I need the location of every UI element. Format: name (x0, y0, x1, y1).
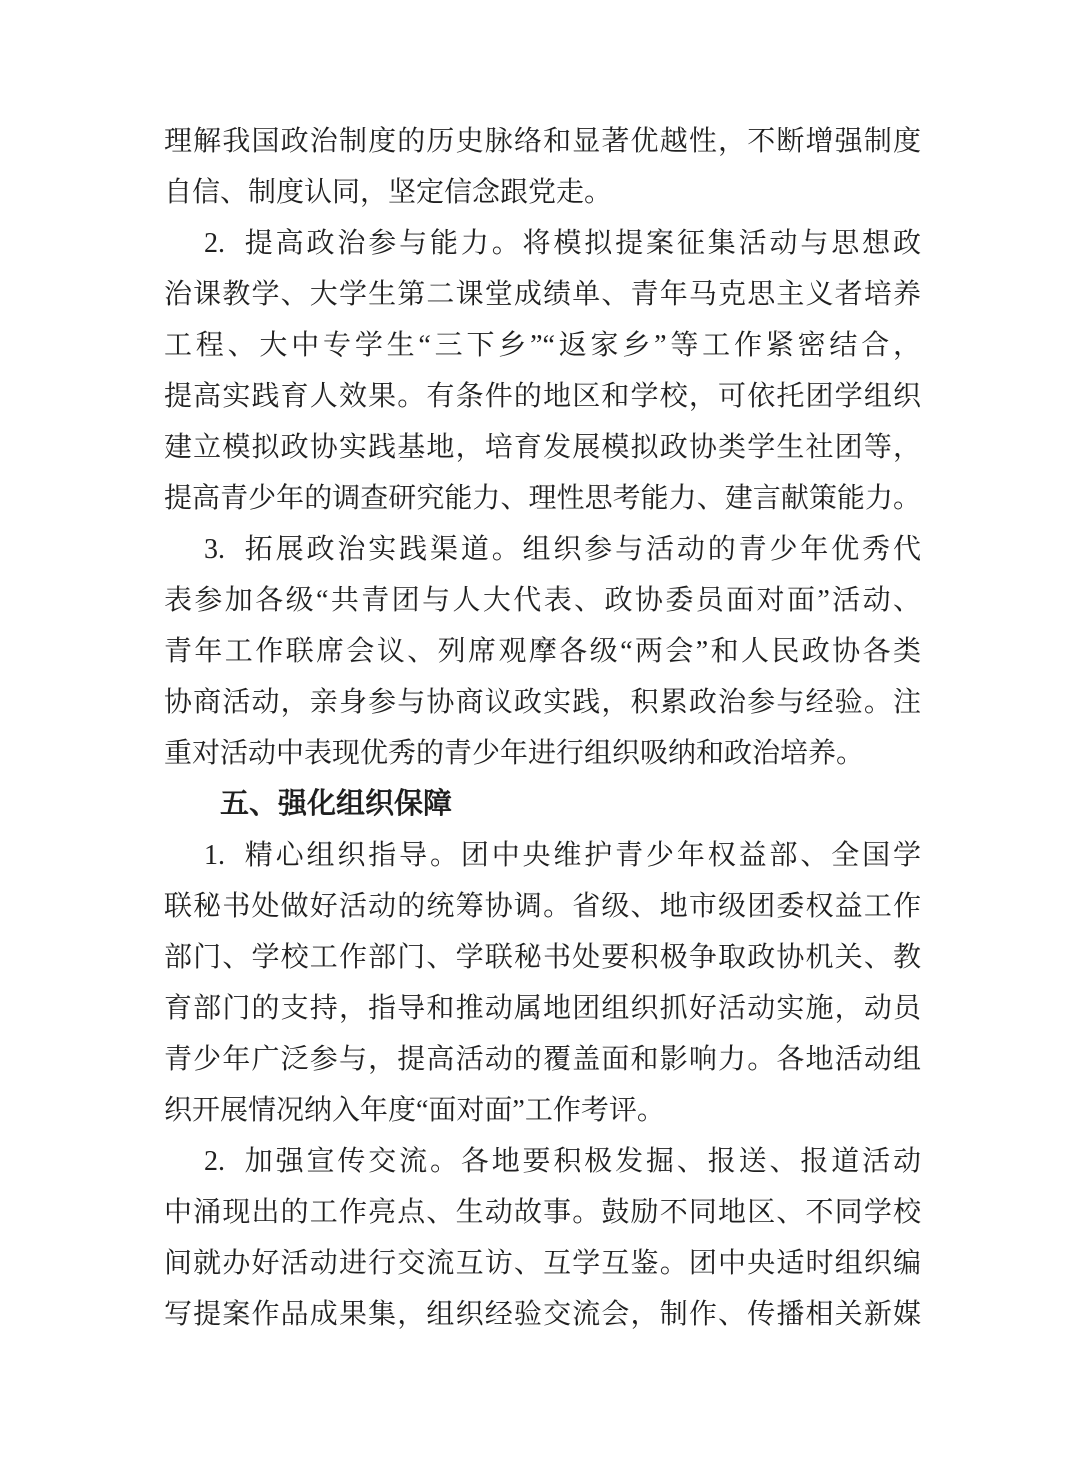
paragraph: 3. 拓展政治实践渠道。组织参与活动的青少年优秀代 表参加各级“共青团与人大代表… (164, 524, 921, 779)
text-line: 1. 精心组织指导。团中央维护青少年权益部、全国学 (164, 830, 921, 881)
document-page: 理解我国政治制度的历史脉络和显著优越性，不断增强制度 自信、制度认同，坚定信念跟… (0, 0, 1080, 1475)
text-line: 部门、学校工作部门、学联秘书处要积极争取政协机关、教 (164, 932, 921, 983)
text-line: 治课教学、大学生第二课堂成绩单、青年马克思主义者培养 (164, 269, 921, 320)
paragraph: 五、强化组织保障 (164, 779, 921, 830)
text-line: 青少年广泛参与，提高活动的覆盖面和影响力。各地活动组 (164, 1034, 921, 1085)
text-line: 重对活动中表现优秀的青少年进行组织吸纳和政治培养。 (164, 728, 921, 779)
text-line: 2. 提高政治参与能力。将模拟提案征集活动与思想政 (164, 218, 921, 269)
paragraph: 2. 提高政治参与能力。将模拟提案征集活动与思想政 治课教学、大学生第二课堂成绩… (164, 218, 921, 524)
text-line: 提高实践育人效果。有条件的地区和学校，可依托团学组织 (164, 371, 921, 422)
text-line: 中涌现出的工作亮点、生动故事。鼓励不同地区、不同学校 (164, 1187, 921, 1238)
text-line: 协商活动，亲身参与协商议政实践，积累政治参与经验。注 (164, 677, 921, 728)
text-line: 提高青少年的调查研究能力、理性思考能力、建言献策能力。 (164, 473, 921, 524)
section-heading: 五、强化组织保障 (164, 779, 921, 830)
paragraph: 理解我国政治制度的历史脉络和显著优越性，不断增强制度 自信、制度认同，坚定信念跟… (164, 116, 921, 218)
paragraph: 2. 加强宣传交流。各地要积极发掘、报送、报道活动 中涌现出的工作亮点、生动故事… (164, 1136, 921, 1340)
text-line: 写提案作品成果集，组织经验交流会，制作、传播相关新媒 (164, 1289, 921, 1340)
text-line: 育部门的支持，指导和推动属地团组织抓好活动实施，动员 (164, 983, 921, 1034)
text-line: 间就办好活动进行交流互访、互学互鉴。团中央适时组织编 (164, 1238, 921, 1289)
text-line: 理解我国政治制度的历史脉络和显著优越性，不断增强制度 (164, 116, 921, 167)
text-line: 建立模拟政协实践基地，培育发展模拟政协类学生社团等， (164, 422, 921, 473)
text-line: 工程、大中专学生“三下乡”“返家乡”等工作紧密结合， (164, 320, 921, 371)
text-line: 表参加各级“共青团与人大代表、政协委员面对面”活动、 (164, 575, 921, 626)
text-line: 2. 加强宣传交流。各地要积极发掘、报送、报道活动 (164, 1136, 921, 1187)
text-line: 青年工作联席会议、列席观摩各级“两会”和人民政协各类 (164, 626, 921, 677)
text-line: 织开展情况纳入年度“面对面”工作考评。 (164, 1085, 921, 1136)
text-line: 3. 拓展政治实践渠道。组织参与活动的青少年优秀代 (164, 524, 921, 575)
paragraph: 1. 精心组织指导。团中央维护青少年权益部、全国学 联秘书处做好活动的统筹协调。… (164, 830, 921, 1136)
text-line: 联秘书处做好活动的统筹协调。省级、地市级团委权益工作 (164, 881, 921, 932)
text-line: 自信、制度认同，坚定信念跟党走。 (164, 167, 921, 218)
text-block: 理解我国政治制度的历史脉络和显著优越性，不断增强制度 自信、制度认同，坚定信念跟… (164, 116, 921, 1340)
